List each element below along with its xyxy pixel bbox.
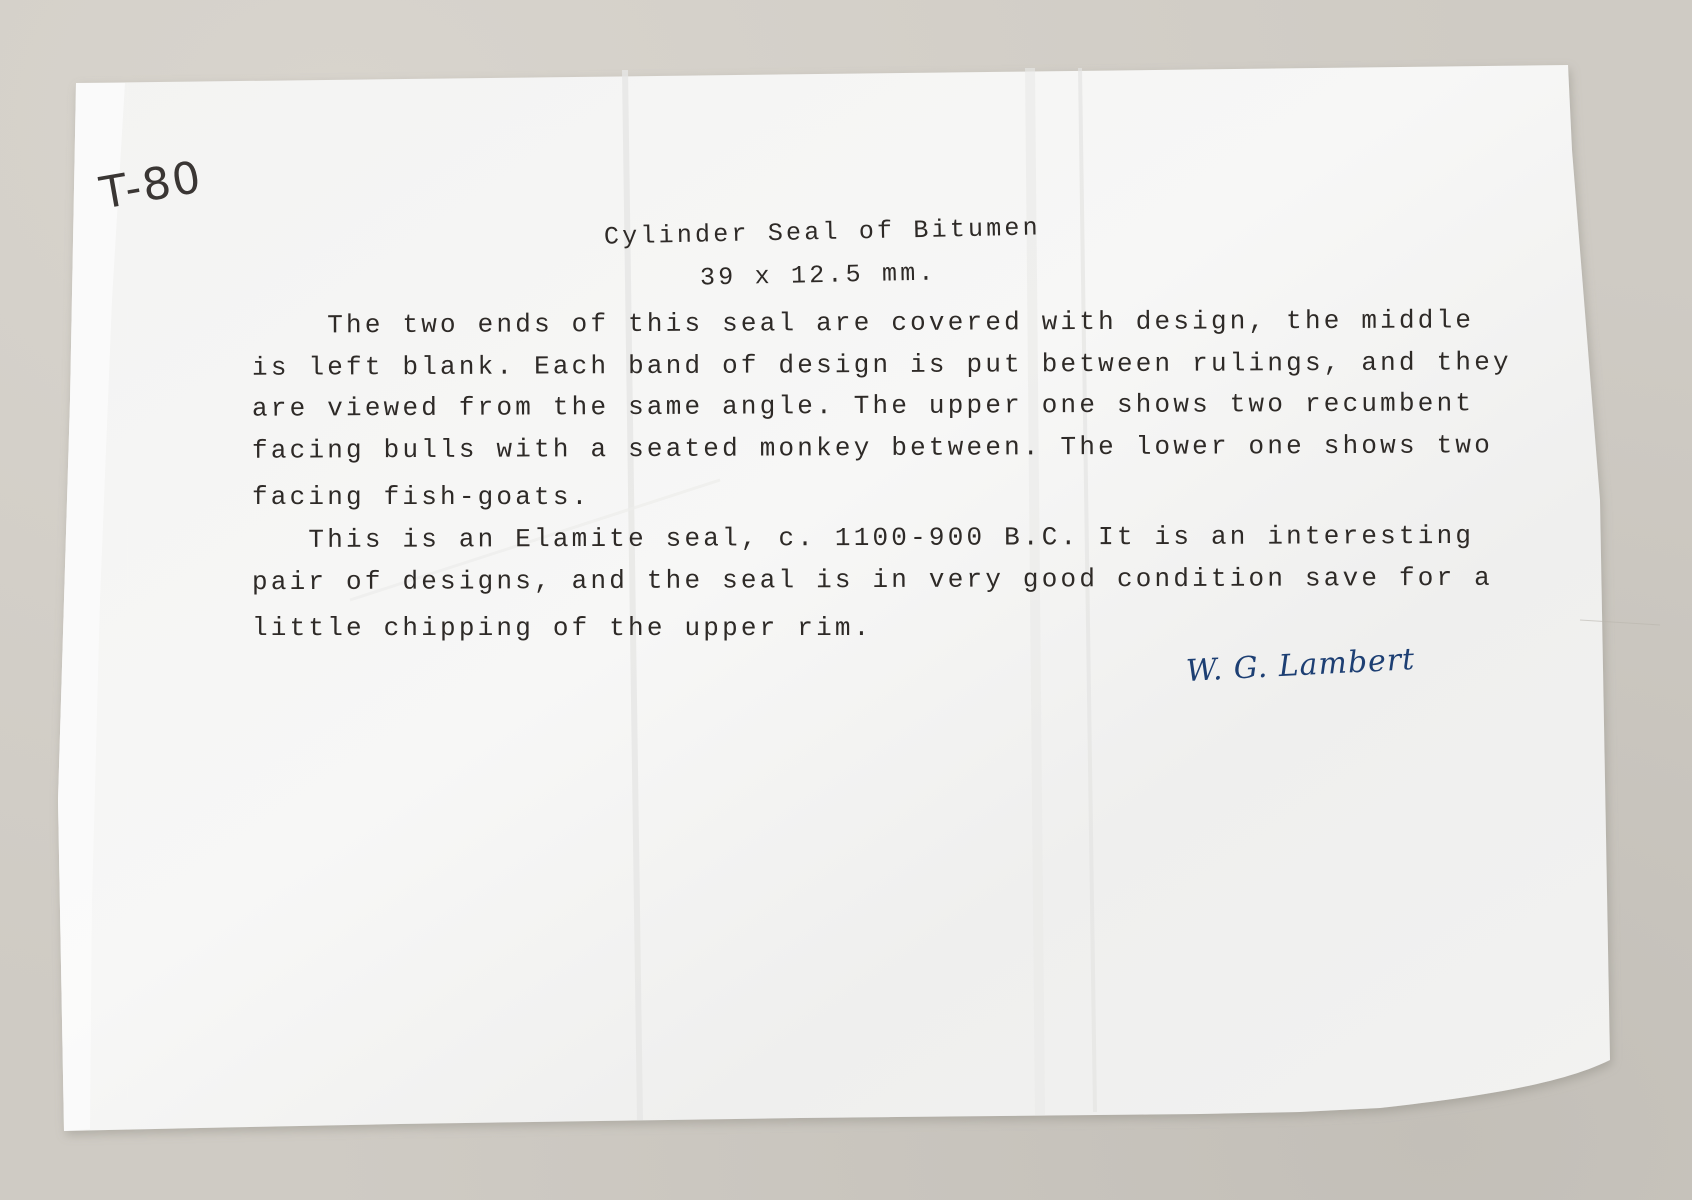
text-line: are viewed from the same angle. The uppe… [252,390,1474,421]
text-line: pair of designs, and the seal is in very… [252,565,1493,595]
text-line: The two ends of this seal are covered wi… [252,307,1474,338]
document-sheet: T-80 Cylinder Seal of Bitumen 39 x 12.5 … [0,0,1692,1200]
seal-dimensions: 39 x 12.5 mm. [700,261,937,291]
text-line: facing bulls with a seated monkey betwee… [252,432,1493,463]
text-line: facing fish-goats. [252,484,590,510]
paper-shape [0,0,1692,1200]
text-line: little chipping of the upper rim. [252,615,872,641]
text-line: This is an Elamite seal, c. 1100-900 B.C… [252,523,1474,553]
text-line: is left blank. Each band of design is pu… [252,349,1512,380]
